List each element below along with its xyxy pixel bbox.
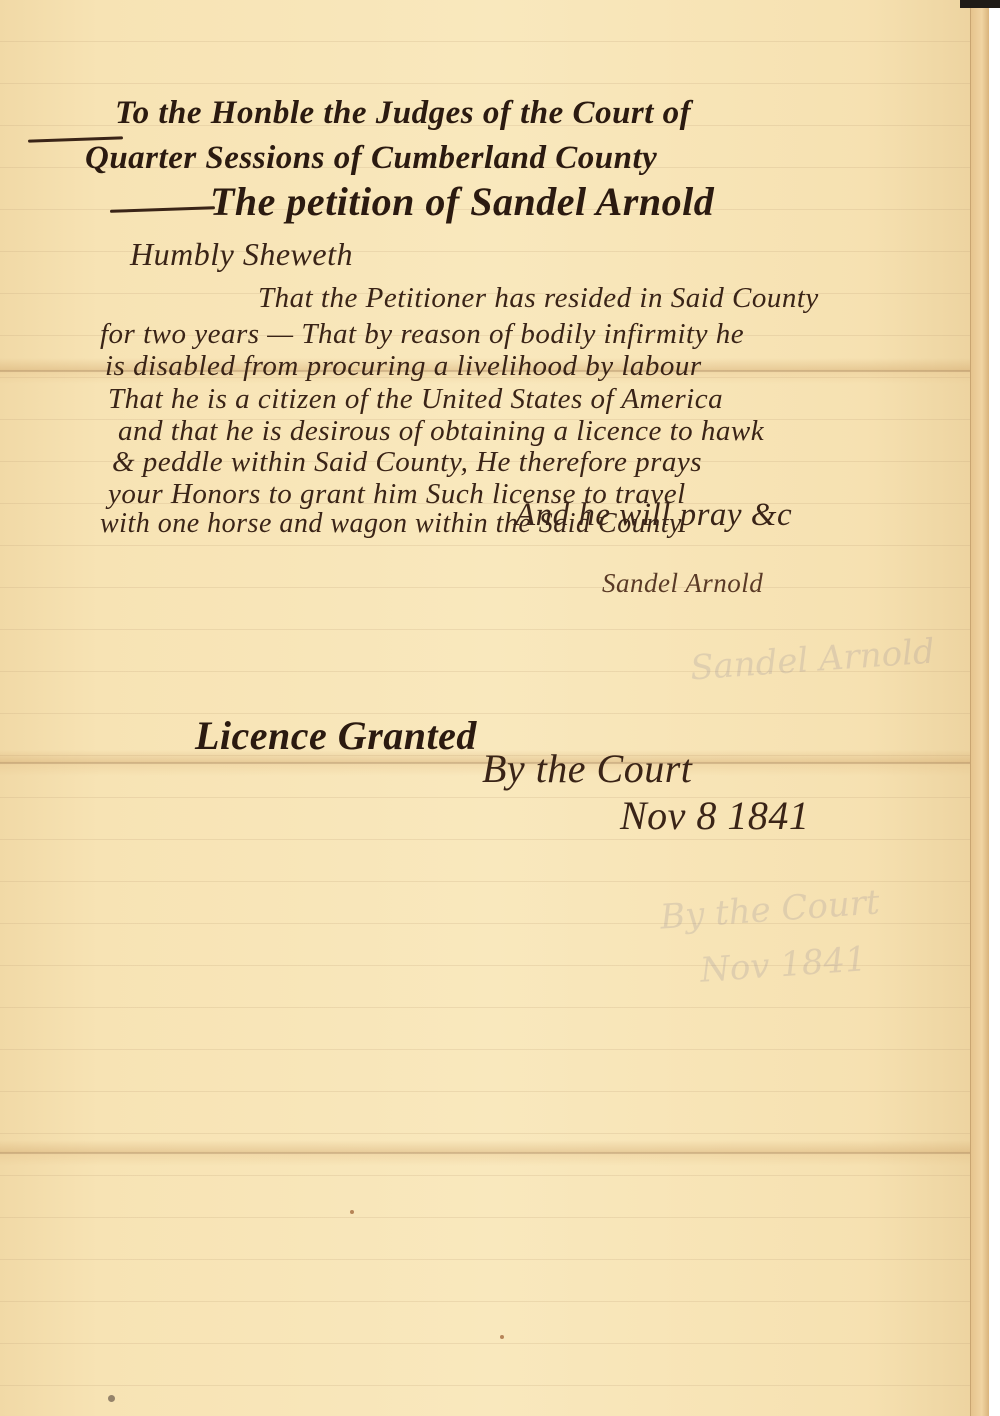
address-line-2: Quarter Sessions of Cumberland County	[85, 140, 657, 177]
scan-shadow	[960, 0, 1000, 8]
page-edge	[970, 0, 989, 1416]
bleed-through-text: Sandel Arnold	[689, 632, 936, 689]
body-line: That the Petitioner has resided in Said …	[258, 282, 819, 315]
paper-speck	[350, 1210, 354, 1214]
body-line: for two years — That by reason of bodily…	[100, 318, 744, 351]
paper-speck	[500, 1335, 504, 1339]
fold-line	[0, 1140, 985, 1166]
bleed-through-text: Nov 1841	[699, 939, 868, 991]
document-page: Sandel Arnold By the Court Nov 1841 To t…	[0, 0, 985, 1416]
closing-line: And he will pray &c	[515, 497, 792, 534]
petition-title: The petition of Sandel Arnold	[210, 178, 714, 225]
body-line: and that he is desirous of obtaining a l…	[118, 415, 764, 448]
paper-speck	[108, 1395, 115, 1402]
bleed-through-text: By the Court	[659, 882, 881, 937]
body-line: That he is a citizen of the United State…	[108, 383, 723, 416]
address-line-1: To the Honble the Judges of the Court of	[115, 95, 691, 132]
endorsement-decision: Licence Granted	[195, 712, 477, 759]
salutation: Humbly Sheweth	[130, 236, 353, 273]
endorsement-date: Nov 8 1841	[620, 792, 809, 839]
pen-flourish	[110, 206, 215, 213]
body-line: & peddle within Said County, He therefor…	[112, 446, 702, 479]
endorsement-authority: By the Court	[482, 745, 692, 792]
signature: Sandel Arnold	[602, 568, 763, 599]
body-line: is disabled from procuring a livelihood …	[105, 350, 702, 383]
